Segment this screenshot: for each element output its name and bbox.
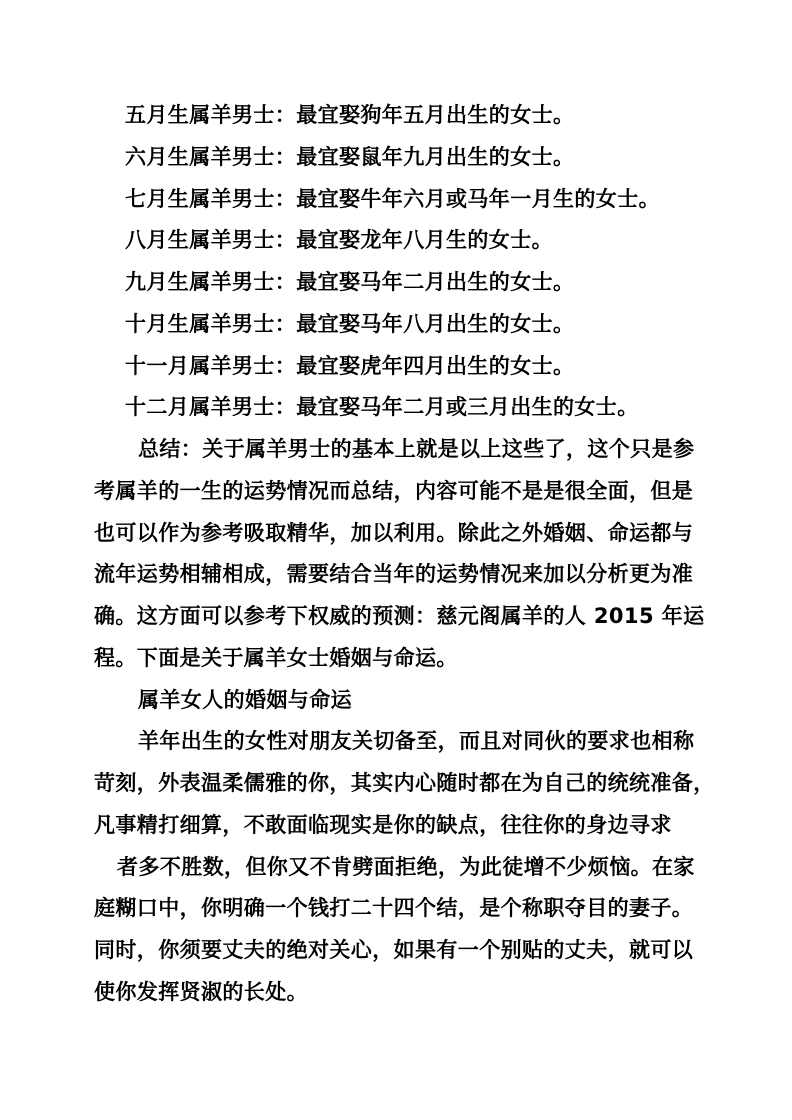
text-line: 凡事精打细算，不敢面临现实是你的缺点，往往你的身边寻求: [94, 805, 714, 847]
text-line: 者多不胜数，但你又不肯劈面拒绝，为此徒增不少烦恼。在家: [94, 847, 714, 889]
text-line: 五月生属羊男士：最宜娶狗年五月出生的女士。: [94, 95, 714, 137]
text-line: 七月生属羊男士：最宜娶牛年六月或马年一月生的女士。: [94, 179, 714, 221]
text-line: 九月生属羊男士：最宜娶马年二月出生的女士。: [94, 262, 714, 304]
text-line: 总结：关于属羊男士的基本上就是以上这些了，这个只是参: [94, 429, 714, 471]
text-line: 程。下面是关于属羊女士婚姻与命运。: [94, 638, 714, 680]
text-line: 确。这方面可以参考下权威的预测：慈元阁属羊的人 2015 年运: [94, 596, 714, 638]
text-line: 六月生属羊男士：最宜娶鼠年九月出生的女士。: [94, 137, 714, 179]
text-line: 使你发挥贤淑的长处。: [94, 972, 714, 1014]
text-line: 苛刻，外表温柔儒雅的你，其实内心随时都在为自己的统统准备，: [94, 763, 714, 805]
text-line: 十月生属羊男士：最宜娶马年八月出生的女士。: [94, 304, 714, 346]
text-line: 羊年出生的女性对朋友关切备至，而且对同伙的要求也相称: [94, 721, 714, 763]
text-line: 流年运势相辅相成，需要结合当年的运势情况来加以分析更为准: [94, 554, 714, 596]
document-content: 五月生属羊男士：最宜娶狗年五月出生的女士。六月生属羊男士：最宜娶鼠年九月出生的女…: [94, 95, 714, 1014]
text-line: 也可以作为参考吸取精华，加以利用。除此之外婚姻、命运都与: [94, 513, 714, 555]
text-line: 十一月属羊男士：最宜娶虎年四月出生的女士。: [94, 346, 714, 388]
text-line: 庭糊口中，你明确一个钱打二十四个结，是个称职夺目的妻子。: [94, 888, 714, 930]
text-line: 八月生属羊男士：最宜娶龙年八月生的女士。: [94, 220, 714, 262]
text-line: 同时，你须要丈夫的绝对关心，如果有一个别贴的丈夫，就可以: [94, 930, 714, 972]
document-page: 五月生属羊男士：最宜娶狗年五月出生的女士。六月生属羊男士：最宜娶鼠年九月出生的女…: [0, 0, 792, 1120]
text-line: 十二月属羊男士：最宜娶马年二月或三月出生的女士。: [94, 387, 714, 429]
text-line: 考属羊的一生的运势情况而总结，内容可能不是是很全面，但是: [94, 471, 714, 513]
text-line: 属羊女人的婚姻与命运: [94, 680, 714, 722]
